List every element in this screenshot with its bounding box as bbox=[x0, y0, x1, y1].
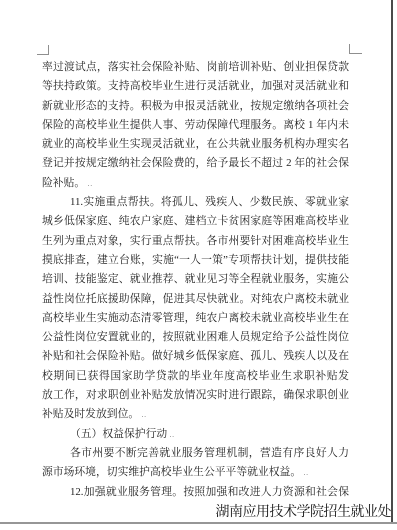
page-edge-line bbox=[391, 0, 393, 523]
text-line: 险补贴。‥ bbox=[42, 174, 349, 193]
text-line: 高校毕业生实施动态清零管理，纯农户离校未就业高校毕业生在‥ bbox=[42, 309, 349, 328]
text-line-content: 各市州要不断完善就业服务管理机制，营造有序良好人力资 bbox=[70, 447, 349, 463]
paragraph-mark: ‥ bbox=[169, 430, 174, 439]
text-line-content: 补贴和社会保险补贴。做好城乡低保家庭、孤儿、残疾人以及在 bbox=[42, 350, 349, 362]
text-line: 率过渡试点，落实社会保险补贴、岗前培训补贴、创业担保贷款‥ bbox=[42, 58, 349, 77]
text-line: 城乡低保家庭、纯农户家庭、建档立卡贫困家庭等困难高校毕业‥ bbox=[42, 212, 349, 231]
text-line-content: 就业的高校毕业生实现灵活就业，在公共就业服务机构办理实名 bbox=[42, 138, 349, 150]
text-boundary-mark-top-right bbox=[349, 44, 362, 54]
text-line-content: 等扶持政策。支持高校毕业生进行灵活就业，加强对灵活就业和 bbox=[42, 80, 349, 92]
text-line-content: 登记并按规定缴纳社会保险费的，给予最长不超过 2 年的社会保 bbox=[42, 157, 349, 169]
text-line: 益性岗位托底援助保障，促进其尽快就业。对纯农户离校未就业‥ bbox=[42, 290, 349, 309]
text-line: 校期间已获得国家助学贷款的毕业年度高校毕业生求职补贴发‥ bbox=[42, 367, 349, 386]
text-line-content: 高校毕业生实施动态清零管理，纯农户离校未就业高校毕业生在 bbox=[42, 312, 349, 324]
text-line: 生列为重点对象，实行重点帮扶。各市州要针对困难高校毕业生‥ bbox=[42, 232, 349, 251]
text-line: 12.加强就业服务管理。按照加强和改进人力资源和社会保障‥ bbox=[42, 483, 349, 502]
text-line-content: 城乡低保家庭、纯农户家庭、建档立卡贫困家庭等困难高校毕业 bbox=[42, 215, 349, 227]
text-line: 公益性岗位安置就业的，按照就业困难人员规定给予公益性岗位‥ bbox=[42, 328, 349, 347]
text-line-content: 12.加强就业服务管理。按照加强和改进人力资源和社会保障 bbox=[70, 486, 349, 502]
document-text: 率过渡试点，落实社会保险补贴、岗前培训补贴、创业担保贷款‥等扶持政策。支持高校毕… bbox=[42, 58, 349, 502]
paragraph-mark: ‥ bbox=[141, 410, 146, 419]
text-line: 11.实施重点帮扶。将孤儿、残疾人、少数民族、零就业家庭、‥ bbox=[42, 193, 349, 212]
text-line: 新就业形态的支持。积极为申报灵活就业，按规定缴纳各项社会‥ bbox=[42, 97, 349, 116]
text-line-content: 率过渡试点，落实社会保险补贴、岗前培训补贴、创业担保贷款 bbox=[42, 61, 349, 73]
watermark: 湖南应用技术学院招生就业处 bbox=[216, 501, 392, 521]
text-line: 放工作，对求职创业补贴发放情况实时进行跟踪，确保求职创业‥ bbox=[42, 386, 349, 405]
text-line-content: 生列为重点对象，实行重点帮扶。各市州要针对困难高校毕业生 bbox=[42, 235, 349, 247]
paragraph-mark: ‥ bbox=[87, 179, 92, 188]
text-line: 培训、技能鉴定、就业推荐、就业见习等全程就业服务，实施公‥ bbox=[42, 270, 349, 289]
text-line: 等扶持政策。支持高校毕业生进行灵活就业，加强对灵活就业和‥ bbox=[42, 77, 349, 96]
text-line: 补贴和社会保险补贴。做好城乡低保家庭、孤儿、残疾人以及在‥ bbox=[42, 347, 349, 366]
text-line: （五）权益保护行动‥ bbox=[42, 425, 349, 444]
text-line-content: 新就业形态的支持。积极为申报灵活就业，按规定缴纳各项社会 bbox=[42, 100, 349, 112]
text-line-content: 益性岗位托底援助保障，促进其尽快就业。对纯农户离校未就业 bbox=[42, 293, 349, 305]
text-line-content: 放工作，对求职创业补贴发放情况实时进行跟踪，确保求职创业 bbox=[42, 389, 349, 401]
text-line-content: 11.实施重点帮扶。将孤儿、残疾人、少数民族、零就业家庭、 bbox=[70, 196, 349, 212]
text-line: 源市场环境，切实维护高校毕业生公平平等就业权益。‥ bbox=[42, 463, 349, 482]
bottom-rule bbox=[0, 522, 397, 524]
text-line-content: 补贴及时发放到位。 bbox=[42, 408, 139, 420]
text-line-content: 摸底排查，建立台账，实施“一人一策”专项帮扶计划，提供技能 bbox=[42, 254, 349, 266]
text-line: 就业的高校毕业生实现灵活就业，在公共就业服务机构办理实名‥ bbox=[42, 135, 349, 154]
text-boundary-mark-top-left bbox=[37, 45, 49, 55]
text-line-content: 公益性岗位安置就业的，按照就业困难人员规定给予公益性岗位 bbox=[42, 331, 349, 343]
document-page: 率过渡试点，落实社会保险补贴、岗前培训补贴、创业担保贷款‥等扶持政策。支持高校毕… bbox=[0, 0, 397, 530]
text-line: 各市州要不断完善就业服务管理机制，营造有序良好人力资‥ bbox=[42, 444, 349, 463]
text-line-content: 源市场环境，切实维护高校毕业生公平平等就业权益。 bbox=[42, 466, 301, 478]
text-line-content: 培训、技能鉴定、就业推荐、就业见习等全程就业服务，实施公 bbox=[42, 273, 349, 285]
text-line-content: 险补贴。 bbox=[42, 177, 85, 189]
text-line: 保险的高校毕业生提供人事、劳动保障代理服务。离校 1 年内未‥ bbox=[42, 116, 349, 135]
text-line-content: 校期间已获得国家助学贷款的毕业年度高校毕业生求职补贴发 bbox=[42, 370, 349, 382]
paragraph-mark: ‥ bbox=[303, 468, 308, 477]
text-line-content: （五）权益保护行动 bbox=[70, 428, 167, 440]
text-line: 补贴及时发放到位。‥ bbox=[42, 405, 349, 424]
text-line-content: 保险的高校毕业生提供人事、劳动保障代理服务。离校 1 年内未 bbox=[42, 119, 349, 131]
text-line: 登记并按规定缴纳社会保险费的，给予最长不超过 2 年的社会保‥ bbox=[42, 154, 349, 173]
text-line: 摸底排查，建立台账，实施“一人一策”专项帮扶计划，提供技能‥ bbox=[42, 251, 349, 270]
